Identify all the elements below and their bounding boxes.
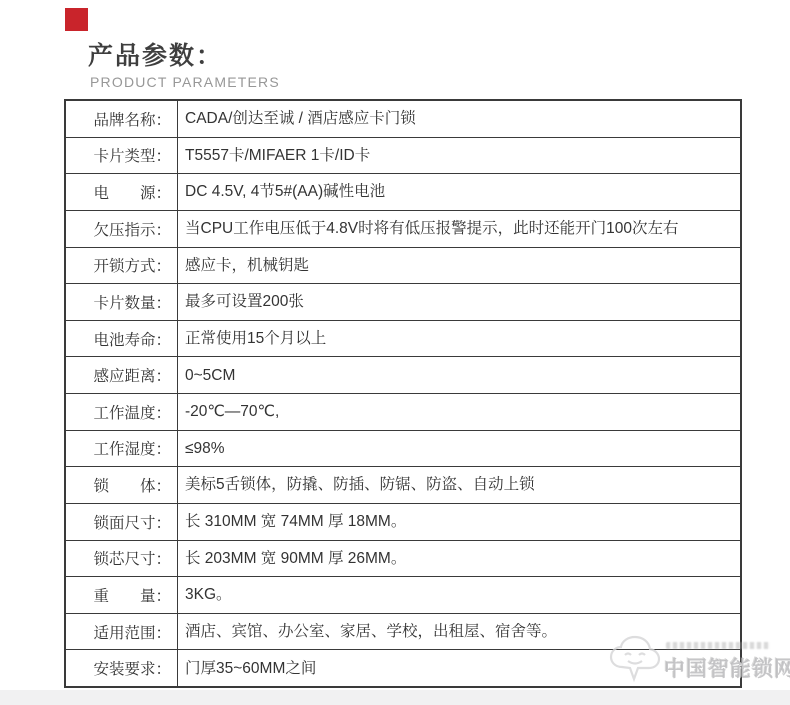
table-row: 开锁方式： 感应卡，机械钥匙 xyxy=(66,247,740,284)
param-value: 酒店、宾馆、办公室、家居、学校，出租屋、宿舍等。 xyxy=(178,614,740,650)
param-label: 感应距离： xyxy=(66,357,178,393)
param-label: 工作温度： xyxy=(66,394,178,430)
table-row: 电 源： DC 4.5V, 4节5#(AA)碱性电池 xyxy=(66,173,740,210)
param-label: 电 源： xyxy=(66,174,178,210)
param-label: 锁芯尺寸： xyxy=(66,541,178,577)
param-value: 正常使用15个月以上 xyxy=(178,321,740,357)
table-row: 卡片数量： 最多可设置200张 xyxy=(66,283,740,320)
table-row: 锁 体： 美标5舌锁体，防撬、防插、防锯、防盗、自动上锁 xyxy=(66,466,740,503)
product-parameters-page: 产品参数： PRODUCT PARAMETERS 品牌名称： CADA/创达至诚… xyxy=(0,0,790,705)
param-value: ≤98% xyxy=(178,431,740,467)
red-accent-square xyxy=(65,8,88,31)
param-value: 感应卡，机械钥匙 xyxy=(178,248,740,284)
table-row: 工作温度： -20℃—70℃, xyxy=(66,393,740,430)
param-value: T5557卡/MIFAER 1卡/ID卡 xyxy=(178,138,740,174)
table-row: 锁芯尺寸： 长 203MM 宽 90MM 厚 26MM。 xyxy=(66,540,740,577)
param-label: 适用范围： xyxy=(66,614,178,650)
table-row: 欠压指示： 当CPU工作电压低于4.8V时将有低压报警提示，此时还能开门100次… xyxy=(66,210,740,247)
param-value: 3KG。 xyxy=(178,577,740,613)
table-row: 锁面尺寸： 长 310MM 宽 74MM 厚 18MM。 xyxy=(66,503,740,540)
param-value: 当CPU工作电压低于4.8V时将有低压报警提示，此时还能开门100次左右 xyxy=(178,211,740,247)
param-value: 门厚35~60MM之间 xyxy=(178,650,740,686)
page-title: 产品参数： xyxy=(88,36,223,72)
table-row: 安装要求： 门厚35~60MM之间 xyxy=(66,649,740,686)
param-label: 卡片数量： xyxy=(66,284,178,320)
page-subtitle: PRODUCT PARAMETERS xyxy=(90,74,280,90)
table-row: 品牌名称： CADA/创达至诚 / 酒店感应卡门锁 xyxy=(66,101,740,137)
table-row: 重 量： 3KG。 xyxy=(66,576,740,613)
param-label: 品牌名称： xyxy=(66,101,178,137)
param-value: 0~5CM xyxy=(178,357,740,393)
param-value: 最多可设置200张 xyxy=(178,284,740,320)
table-row: 适用范围： 酒店、宾馆、办公室、家居、学校，出租屋、宿舍等。 xyxy=(66,613,740,650)
param-value: CADA/创达至诚 / 酒店感应卡门锁 xyxy=(178,101,740,137)
param-value: DC 4.5V, 4节5#(AA)碱性电池 xyxy=(178,174,740,210)
param-value: 长 310MM 宽 74MM 厚 18MM。 xyxy=(178,504,740,540)
param-value: -20℃—70℃, xyxy=(178,394,740,430)
param-label: 锁面尺寸： xyxy=(66,504,178,540)
parameters-table: 品牌名称： CADA/创达至诚 / 酒店感应卡门锁 卡片类型： T5557卡/M… xyxy=(64,99,742,688)
param-label: 重 量： xyxy=(66,577,178,613)
param-label: 欠压指示： xyxy=(66,211,178,247)
table-row: 感应距离： 0~5CM xyxy=(66,356,740,393)
param-label: 电池寿命： xyxy=(66,321,178,357)
param-label: 工作湿度： xyxy=(66,431,178,467)
param-value: 长 203MM 宽 90MM 厚 26MM。 xyxy=(178,541,740,577)
param-label: 卡片类型： xyxy=(66,138,178,174)
table-row: 卡片类型： T5557卡/MIFAER 1卡/ID卡 xyxy=(66,137,740,174)
param-label: 锁 体： xyxy=(66,467,178,503)
param-label: 开锁方式： xyxy=(66,248,178,284)
param-value: 美标5舌锁体，防撬、防插、防锯、防盗、自动上锁 xyxy=(178,467,740,503)
footer-strip xyxy=(0,690,790,705)
table-row: 工作湿度： ≤98% xyxy=(66,430,740,467)
table-row: 电池寿命： 正常使用15个月以上 xyxy=(66,320,740,357)
param-label: 安装要求： xyxy=(66,650,178,686)
